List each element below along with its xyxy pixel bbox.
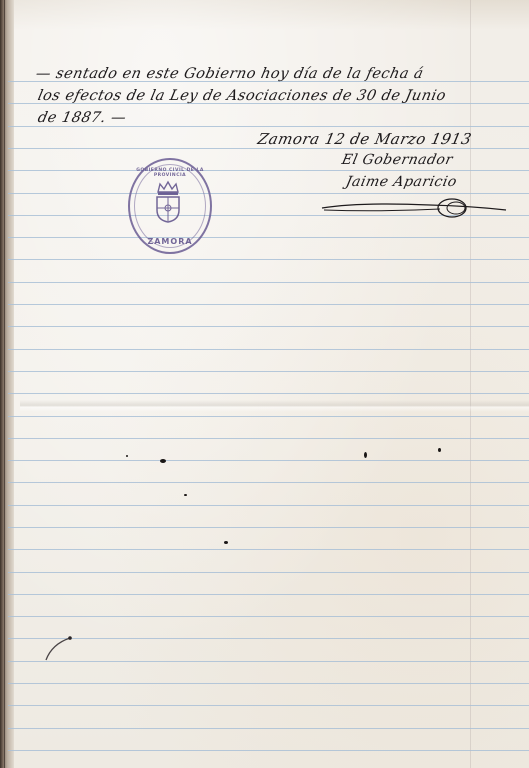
date-line: Zamora 12 de Marzo 1913 [256,130,473,148]
ruled-line [8,438,529,439]
ruled-line [8,572,529,573]
right-margin-line [470,0,471,768]
ruled-line [8,594,529,595]
ruled-line [8,416,529,417]
ruled-line [8,126,529,127]
ruled-line [8,371,529,372]
pen-stroke-mark [40,630,75,665]
ruled-line [8,750,529,751]
ink-speck [184,494,187,496]
body-line-1: — sentado en este Gobierno hoy día de la… [34,66,425,82]
stamp-bottom-text: ZAMORA [130,237,210,246]
stamp-top-text: GOBIERNO CIVIL DE LA PROVINCIA [130,168,210,178]
ink-speck [160,459,166,463]
ruled-line [8,661,529,662]
document-page: — sentado en este Gobierno hoy día de la… [0,0,529,768]
ruled-line [8,349,529,350]
ruled-line [8,304,529,305]
ruled-line [8,616,529,617]
signatory-title: El Gobernador [340,152,454,168]
signature: Jaime Aparicio [344,174,458,190]
body-line-2: los efectos de la Ley de Asociaciones de… [36,88,447,104]
ruled-line [8,237,529,238]
ruled-line [8,683,529,684]
ruled-line [8,460,529,461]
body-line-3: de 1887. — [36,110,127,126]
paper-crease [20,400,529,412]
ruled-line [8,170,529,171]
ruled-line [8,148,529,149]
ruled-line [8,259,529,260]
ruled-line [8,728,529,729]
ruled-line [8,505,529,506]
ruled-line [8,638,529,639]
crown-shield-crest-icon [152,180,184,224]
ink-speck [224,541,228,544]
official-stamp: GOBIERNO CIVIL DE LA PROVINCIA ZAMORA [128,158,212,254]
ink-speck [364,452,367,458]
binding-edge [0,0,14,768]
ruled-line [8,393,529,394]
ruled-line [8,705,529,706]
ink-speck [126,455,128,457]
ruled-line [8,326,529,327]
ruled-line [8,282,529,283]
signature-flourish [320,194,510,222]
ruled-line [8,549,529,550]
ruled-line [8,482,529,483]
ink-speck [438,448,441,452]
ruled-line [8,527,529,528]
